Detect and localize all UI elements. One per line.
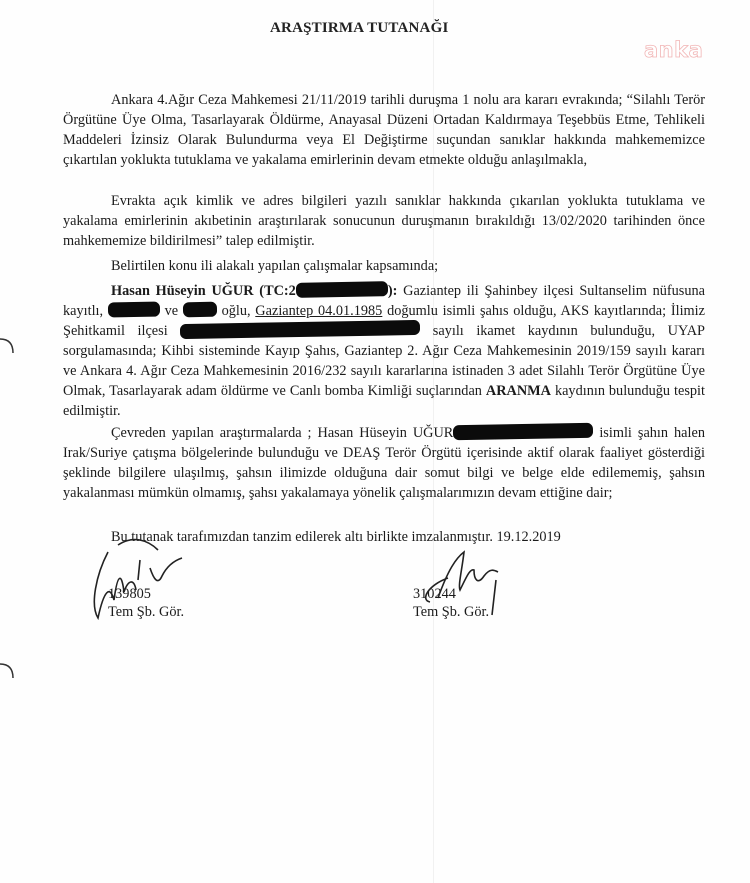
officer-number: 139805 bbox=[108, 585, 184, 603]
officer-title: Tem Şb. Gör. bbox=[413, 603, 489, 621]
paragraph-text: oğlu, bbox=[217, 303, 255, 319]
document-page: ARAŞTIRMA TUTANAĞI anka Ankara 4.Ağır Ce… bbox=[0, 0, 750, 883]
paragraph-scope: Belirtilen konu ili alakalı yapılan çalı… bbox=[63, 256, 705, 276]
punch-hole-mark-icon bbox=[0, 660, 20, 690]
paragraph-request-details: Evrakta açık kimlik ve adres bilgileri y… bbox=[63, 191, 705, 251]
anka-watermark-logo: anka bbox=[644, 38, 703, 62]
suspect-name: Hasan Hüseyin UĞUR (TC:2 bbox=[111, 283, 296, 299]
paragraph-investigation-results: Çevreden yapılan araştırmalarda ; Hasan … bbox=[63, 423, 705, 503]
signature-block-2: 310244 Tem Şb. Gör. bbox=[413, 585, 489, 621]
paragraph-text: Bu tutanak tarafımızdan tanzim edilerek … bbox=[111, 529, 561, 545]
paragraph-text: Ankara 4.Ağır Ceza Mahkemesi 21/11/2019 … bbox=[63, 92, 705, 168]
suspect-name-end: ): bbox=[388, 283, 398, 299]
redaction-tc-number bbox=[296, 281, 388, 298]
redaction-mother-name bbox=[183, 302, 217, 318]
officer-number: 310244 bbox=[413, 585, 489, 603]
punch-hole-mark-icon bbox=[0, 335, 20, 365]
birth-info: Gaziantep 04.01.1985 bbox=[255, 303, 382, 319]
paragraph-text: Belirtilen konu ili alakalı yapılan çalı… bbox=[111, 258, 438, 274]
paragraph-court-request: Ankara 4.Ağır Ceza Mahkemesi 21/11/2019 … bbox=[63, 90, 705, 170]
officer-title: Tem Şb. Gör. bbox=[108, 603, 184, 621]
paragraph-text: ve bbox=[160, 303, 183, 319]
redaction-father-name bbox=[108, 302, 160, 318]
redaction-tc-number-2 bbox=[453, 423, 593, 440]
redaction-address bbox=[180, 320, 420, 339]
paragraph-closing: Bu tutanak tarafımızdan tanzim edilerek … bbox=[63, 527, 705, 547]
signature-block-1: 139805 Tem Şb. Gör. bbox=[108, 585, 184, 621]
paragraph-text: Evrakta açık kimlik ve adres bilgileri y… bbox=[63, 193, 705, 249]
aranma-keyword: ARANMA bbox=[486, 383, 551, 399]
document-title: ARAŞTIRMA TUTANAĞI bbox=[270, 20, 449, 37]
paragraph-suspect-findings: Hasan Hüseyin UĞUR (TC:2): Gaziantep ili… bbox=[63, 281, 705, 421]
paragraph-text: Çevreden yapılan araştırmalarda ; Hasan … bbox=[111, 425, 453, 441]
